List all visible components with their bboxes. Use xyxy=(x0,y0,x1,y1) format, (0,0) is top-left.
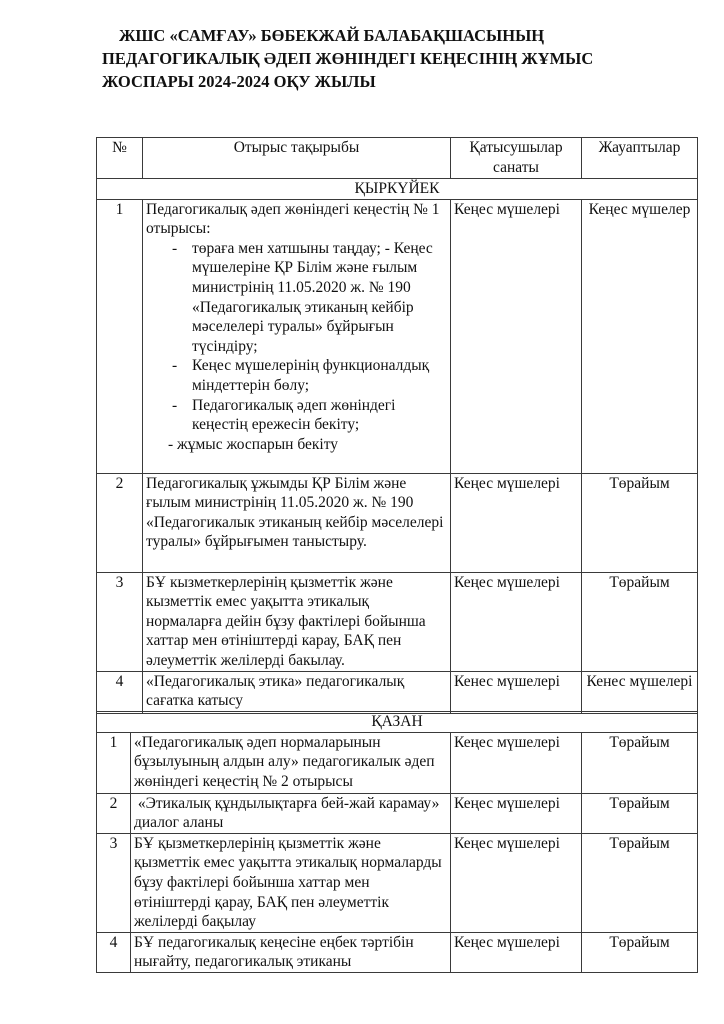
work-plan-table-october: ҚАЗАН 1 «Педагогикалық әдеп нормаларынын… xyxy=(96,711,698,973)
row-responsible: Кенес мүшелері xyxy=(582,671,698,713)
row-responsible: Кеңес мүшелер xyxy=(582,199,698,473)
table-row: 2 Педагогикалық ұжымды ҚР Білім және ғыл… xyxy=(97,473,698,572)
topic-intro: Педагогикалық әдеп жөніндегі кеңестің № … xyxy=(146,200,447,239)
list-item: төраға мен хатшыны таңдау; - Кеңес мүшел… xyxy=(172,239,447,357)
table-header-row: № Отырыс тақырыбы Қатысушылар санаты Жау… xyxy=(97,138,698,179)
row-topic: БҰ педагогикалық кеңесіне еңбек тәртібін… xyxy=(131,932,451,972)
row-topic: «Этикалық құндылықтарға бей-жай карамау»… xyxy=(131,793,451,833)
section-row-september: ҚЫРКҮЙЕК xyxy=(97,179,698,200)
row-responsible: Төрайым xyxy=(582,932,698,972)
row-participants: Кеңес мүшелері xyxy=(451,793,582,833)
row-topic: «Педагогикалық әдеп нормаларынын бұзылуы… xyxy=(131,732,451,793)
row-topic: БҰ қызметкерлерінің қызметтік және қызме… xyxy=(131,833,451,932)
table-row: 1 «Педагогикалық әдеп нормаларынын бұзыл… xyxy=(97,732,698,793)
row-participants: Кеңес мүшелері xyxy=(451,572,582,671)
document-title: ЖШС «САМҒАУ» БӨБЕКЖАЙ БАЛАБАҚШАСЫНЫҢ ПЕД… xyxy=(102,24,662,93)
section-title: ҚЫРКҮЙЕК xyxy=(97,179,698,200)
row-participants: Кеңес мүшелері xyxy=(451,732,582,793)
table-row: 4 «Педагогикалық этика» педагогикалық са… xyxy=(97,671,698,713)
row-responsible: Төрайым xyxy=(582,572,698,671)
header-participants: Қатысушылар санаты xyxy=(451,138,582,179)
row-participants: Кеңес мүшелері xyxy=(451,473,582,572)
table-row: 2 «Этикалық құндылықтарға бей-жай карама… xyxy=(97,793,698,833)
header-topic: Отырыс тақырыбы xyxy=(143,138,451,179)
topic-list: төраға мен хатшыны таңдау; - Кеңес мүшел… xyxy=(146,239,447,435)
table-row: 3 БҰ қызметкерлерінің қызметтік және қыз… xyxy=(97,833,698,932)
row-num: 4 xyxy=(97,671,143,713)
row-topic: «Педагогикалық этика» педагогикалық саға… xyxy=(143,671,451,713)
row-num: 3 xyxy=(97,572,143,671)
row-num: 1 xyxy=(97,732,131,793)
list-item: Кеңес мүшелерінің функционалдық міндетте… xyxy=(172,356,447,395)
row-num: 4 xyxy=(97,932,131,972)
row-num: 2 xyxy=(97,793,131,833)
row-responsible: Төрайым xyxy=(582,732,698,793)
row-participants: Кеңес мүшелері xyxy=(451,199,582,473)
row-responsible: Төрайым xyxy=(582,793,698,833)
title-line-3: ЖОСПАРЫ 2024-2024 ОҚУ ЖЫЛЫ xyxy=(102,70,662,93)
row-num: 2 xyxy=(97,473,143,572)
row-topic: БҰ кызметкерлерінің қызметтік және кызме… xyxy=(143,572,451,671)
row-participants: Кеңес мүшелері xyxy=(451,932,582,972)
row-topic: Педагогикалық әдеп жөніндегі кеңестің № … xyxy=(143,199,451,473)
row-num: 1 xyxy=(97,199,143,473)
table-row: 4 БҰ педагогикалық кеңесіне еңбек тәртіб… xyxy=(97,932,698,972)
list-item: Педагогикалық әдеп жөніндегі кеңестің ер… xyxy=(172,396,447,435)
row-participants: Кеңес мүшелері xyxy=(451,833,582,932)
section-row-october: ҚАЗАН xyxy=(97,712,698,733)
table-row: 3 БҰ кызметкерлерінің қызметтік және кыз… xyxy=(97,572,698,671)
table-row: 1 Педагогикалық әдеп жөніндегі кеңестің … xyxy=(97,199,698,473)
topic-tail: - жұмыс жоспарын бекіту xyxy=(146,435,447,455)
section-title: ҚАЗАН xyxy=(97,712,698,733)
header-responsible: Жауаптылар xyxy=(582,138,698,179)
row-topic: Педагогикалық ұжымды ҚР Білім және ғылым… xyxy=(143,473,451,572)
row-responsible: Төрайым xyxy=(582,833,698,932)
row-participants: Кенес мүшелері xyxy=(451,671,582,713)
row-responsible: Төрайым xyxy=(582,473,698,572)
row-num: 3 xyxy=(97,833,131,932)
title-line-1: ЖШС «САМҒАУ» БӨБЕКЖАЙ БАЛАБАҚШАСЫНЫҢ xyxy=(102,24,662,47)
work-plan-table: № Отырыс тақырыбы Қатысушылар санаты Жау… xyxy=(96,137,698,714)
header-num: № xyxy=(97,138,143,179)
title-line-2: ПЕДАГОГИКАЛЫҚ ӘДЕП ЖӨНІНДЕГІ КЕҢЕСІНІҢ Ж… xyxy=(102,47,662,70)
